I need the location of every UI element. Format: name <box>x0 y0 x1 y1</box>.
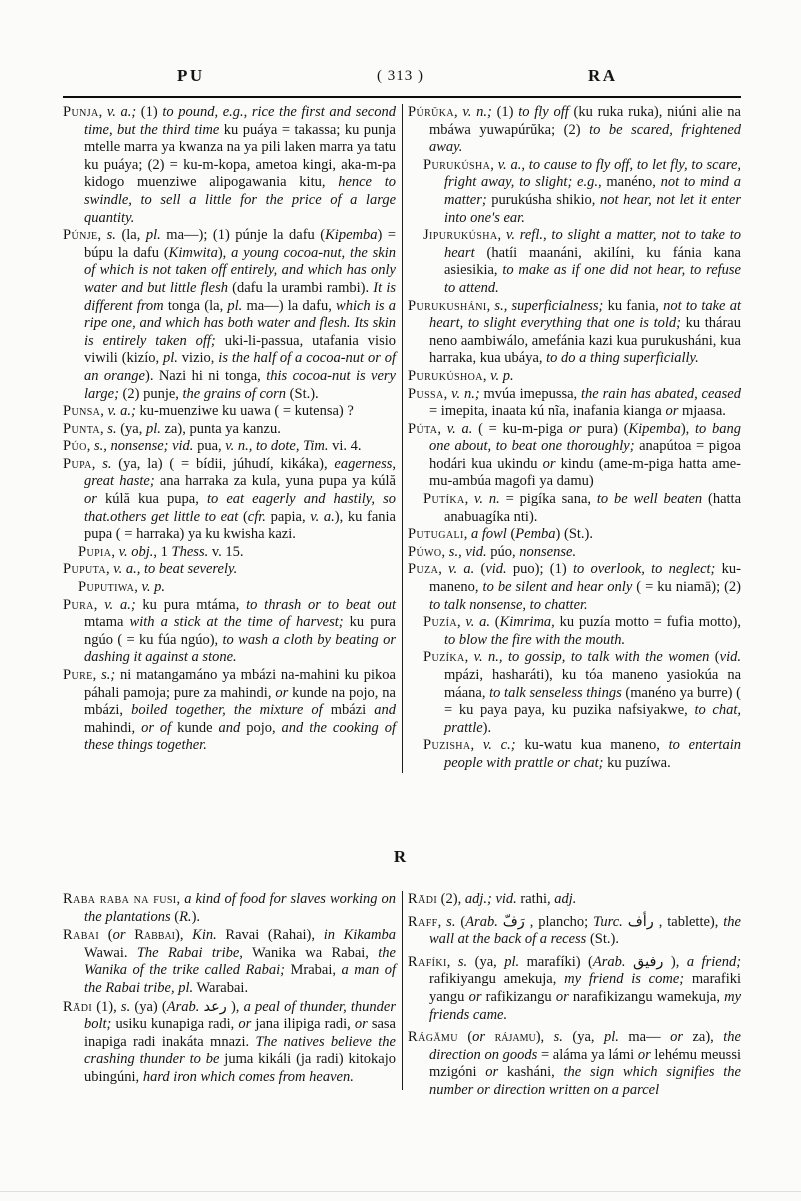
pu-section: Punja, v. a.; (1) to pound, e.g., rice t… <box>63 104 741 773</box>
entry-headword: Puzía <box>423 614 457 630</box>
dictionary-entry: Pussa, v. n.; mvúa imepussa, the rain ha… <box>408 386 741 421</box>
entry-headword: Rafíki <box>408 954 447 970</box>
dictionary-entry: Purukúshoa, v. p. <box>408 368 741 386</box>
dictionary-entry: Rafíki, s. (ya, pl. marafíki) (Arab. رفي… <box>408 954 741 1024</box>
dictionary-entry: Púnje, s. (la, pl. ma—); (1) púnje la da… <box>63 227 396 403</box>
entry-headword: Puputa <box>63 561 106 577</box>
r-section: Raba raba na fusi, a kind of food for sl… <box>63 891 741 1105</box>
entry-headword: Purukúsha <box>423 157 490 173</box>
entry-headword: Raba raba na fusi <box>63 891 177 907</box>
entry-headword: Puputiwa <box>78 579 134 595</box>
column-divider-rule <box>402 104 403 773</box>
page-bottom-edge <box>0 1191 801 1192</box>
dictionary-entry: Rādi (1), s. (ya) (Arab. رعد ), a peal o… <box>63 999 396 1087</box>
entry-headword: Pupa <box>63 456 92 472</box>
entry-headword: Rabai <box>63 927 99 943</box>
dictionary-entry: Raba raba na fusi, a kind of food for sl… <box>63 891 396 926</box>
dictionary-page: PU ( 313 ) RA Punja, v. a.; (1) to pound… <box>0 0 801 1201</box>
dictionary-entry: Punsa, v. a.; ku-muenziwe ku uawa ( = ku… <box>63 403 396 421</box>
dictionary-entry: Putíka, v. n. = pigíka sana, to be well … <box>408 491 741 526</box>
entry-headword: Puzíka <box>423 649 465 665</box>
dictionary-entry: Rabai (or Rabbai), Kin. Ravai (Rahai), i… <box>63 927 396 997</box>
entry-headword: Punta <box>63 421 100 437</box>
entry-headword: Puzisha <box>423 737 471 753</box>
dictionary-entry: Putugali, a fowl (Pemba) (St.). <box>408 526 741 544</box>
dictionary-entry: Pure, s.; ni matangamáno ya mbázi na-mah… <box>63 667 396 755</box>
entry-headword: Jipurukúsha <box>423 227 498 243</box>
entry-headword: Púta <box>408 421 437 437</box>
r-left-column: Raba raba na fusi, a kind of food for sl… <box>63 891 396 1105</box>
entry-headword: Pure <box>63 667 93 683</box>
header-page-number: ( 313 ) <box>377 68 424 85</box>
entry-headword: Pupia <box>78 544 111 560</box>
dictionary-entry: Pura, v. a.; ku pura mtáma, to thrash or… <box>63 597 396 667</box>
entry-headword: Purukusháni <box>408 298 487 314</box>
entry-headword: Púo <box>63 438 87 454</box>
dictionary-entry: Jipurukúsha, v. refl., to slight a matte… <box>408 227 741 297</box>
dictionary-entry: Pupa, s. (ya, la) ( = bídii, júhudí, kik… <box>63 456 396 544</box>
pu-left-column: Punja, v. a.; (1) to pound, e.g., rice t… <box>63 104 396 773</box>
entry-headword: Puza <box>408 561 438 577</box>
header-guide-right: RA <box>588 66 618 86</box>
dictionary-entry: Púwo, s., vid. púo, nonsense. <box>408 544 741 562</box>
entry-headword: Putugali <box>408 526 464 542</box>
section-heading-r: R <box>0 847 801 867</box>
entry-headword: Punja <box>63 104 99 120</box>
entry-headword: Raff <box>408 914 438 930</box>
dictionary-entry: Raff, s. (Arab. رَفّ , plancho; Turc. رأ… <box>408 914 741 949</box>
dictionary-entry: Punja, v. a.; (1) to pound, e.g., rice t… <box>63 104 396 227</box>
pu-right-column: Púrŭka, v. n.; (1) to fly off (ku ruka r… <box>408 104 741 773</box>
dictionary-entry: Rágămu (or rájamu), s. (ya, pl. ma— or z… <box>408 1029 741 1099</box>
dictionary-entry: Purukusháni, s., superficialness; ku fan… <box>408 298 741 368</box>
entry-headword: Púnje <box>63 227 98 243</box>
dictionary-entry: Punta, s. (ya, pl. za), punta ya kanzu. <box>63 421 396 439</box>
entry-headword: Pura <box>63 597 94 613</box>
entry-headword: Rādi <box>408 891 437 907</box>
dictionary-entry: Puzíka, v. n., to gossip, to talk with t… <box>408 649 741 737</box>
header-guide-left: PU <box>177 66 205 86</box>
entry-headword: Purukúshoa <box>408 368 483 384</box>
entry-headword: Putíka <box>423 491 465 507</box>
dictionary-entry: Púo, s., nonsense; vid. pua, v. n., to d… <box>63 438 396 456</box>
entry-headword: Rādi <box>63 999 92 1015</box>
dictionary-entry: Puzisha, v. c.; ku-watu kua maneno, to e… <box>408 737 741 772</box>
entry-headword: Rágămu <box>408 1029 458 1045</box>
entry-headword: Pussa <box>408 386 444 402</box>
entry-headword: Punsa <box>63 403 100 419</box>
entry-headword: Púrŭka <box>408 104 454 120</box>
dictionary-entry: Puza, v. a. (vid. puo); (1) to overlook,… <box>408 561 741 614</box>
dictionary-entry: Purukúsha, v. a., to cause to fly off, t… <box>408 157 741 227</box>
dictionary-entry: Puputiwa, v. p. <box>63 579 396 597</box>
dictionary-entry: Puputa, v. a., to beat severely. <box>63 561 396 579</box>
dictionary-entry: Rādi (2), adj.; vid. rathi, adj. <box>408 891 741 909</box>
header-rule <box>63 96 741 98</box>
r-right-column: Rādi (2), adj.; vid. rathi, adj.Raff, s.… <box>408 891 741 1105</box>
entry-headword: Púwo <box>408 544 442 560</box>
dictionary-entry: Púrŭka, v. n.; (1) to fly off (ku ruka r… <box>408 104 741 157</box>
dictionary-entry: Púta, v. a. ( = ku-m-piga or pura) (Kipe… <box>408 421 741 491</box>
column-divider-rule <box>402 891 403 1090</box>
dictionary-entry: Pupia, v. obj., 1 Thess. v. 15. <box>63 544 396 562</box>
dictionary-entry: Puzía, v. a. (Kimrima, ku puzía motto = … <box>408 614 741 649</box>
